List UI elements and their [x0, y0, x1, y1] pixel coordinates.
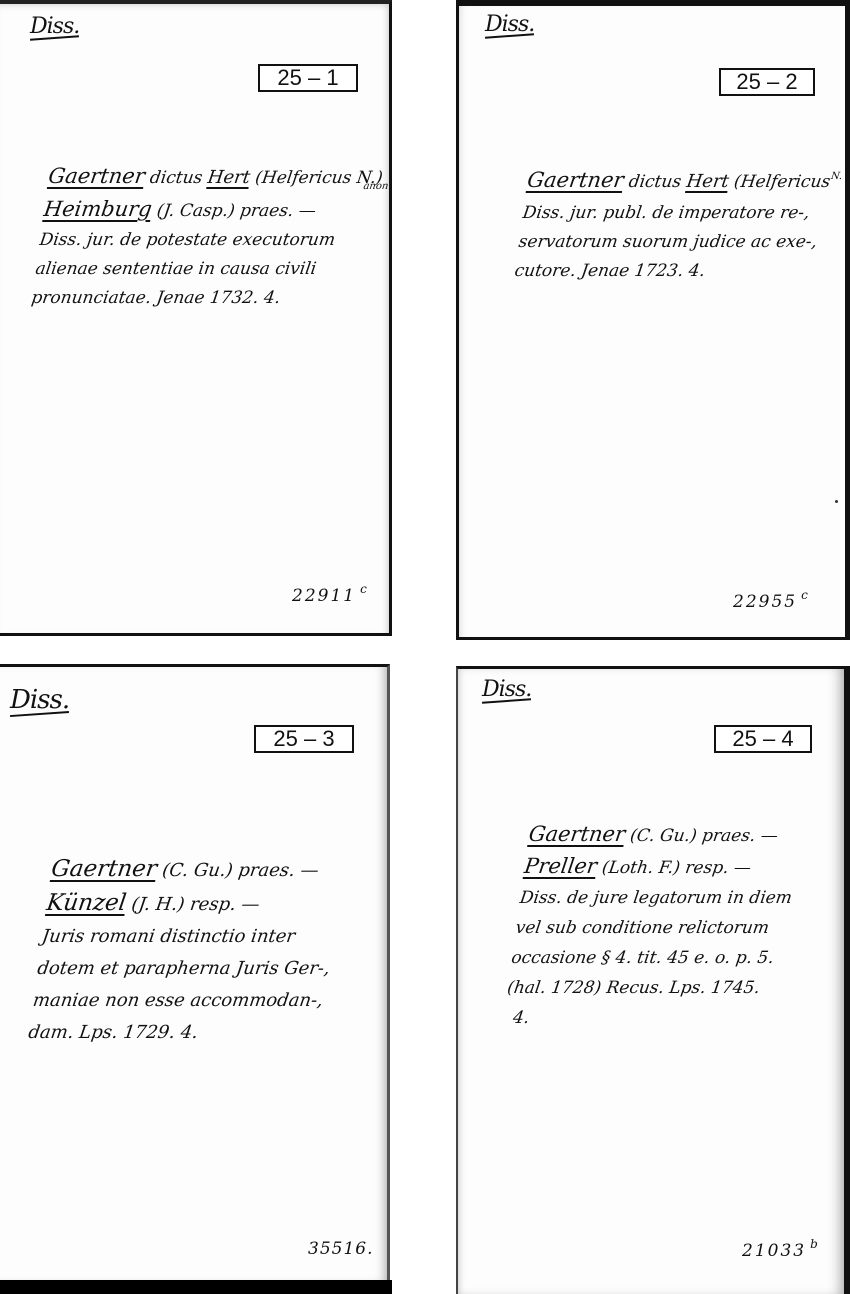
respondent-name: Künzel: [45, 890, 128, 916]
entry-text: (C. Gu.) praes. —: [623, 826, 779, 846]
catalog-card-1: Diss. 25 – 1 Gaertner dictus Hert (Helfe…: [0, 0, 392, 636]
entry-line: Heimburg (J. Casp.) praes. —: [42, 195, 391, 226]
accession-value: 22955: [733, 592, 797, 612]
entry-line: pronunciatae. Jenae 1732. 4.: [29, 284, 377, 313]
accession-value: 21033: [742, 1241, 806, 1261]
call-number: 25 – 1: [258, 64, 358, 92]
entry-line: Gaertner dictus Hert (Helfericus N.)anon…: [46, 162, 395, 195]
alias-name: Hert: [206, 167, 251, 188]
catalog-card-4: Diss. 25 – 4 Gaertner (C. Gu.) praes. — …: [456, 666, 850, 1294]
praeses-name: Gaertner: [50, 856, 159, 882]
scan-border: [0, 1280, 392, 1294]
catalog-entry: Gaertner (C. Gu.) praes. — Künzel (J. H.…: [26, 853, 346, 1049]
praeses-name: Heimburg: [42, 197, 153, 221]
entry-text: (J. Casp.) praes. —: [150, 201, 317, 221]
accession-number: 35516.: [308, 1239, 377, 1259]
entry-text: (Loth. F.) resp. —: [595, 858, 752, 878]
entry-line: Diss. de jure legatorum in diem: [518, 883, 794, 913]
respondent-name: Preller: [523, 854, 599, 878]
call-number: 25 – 2: [719, 68, 815, 96]
entry-line: Diss. jur. publ. de imperatore re-,: [521, 199, 839, 228]
accession-value: 35516.: [308, 1239, 373, 1259]
card-tag: Diss.: [10, 685, 69, 715]
entry-line: Gaertner dictus Hert (HelfericusN.: [525, 166, 844, 199]
accession-number: 21033b: [742, 1241, 820, 1261]
entry-line: occasione § 4. tit. 45 e. o. p. 5.: [509, 943, 785, 973]
author-name: Gaertner: [526, 168, 626, 192]
entry-line: Juris romani distinctio inter: [40, 921, 337, 953]
catalog-entry: Gaertner dictus Hert (HelfericusN. Diss.…: [513, 166, 844, 286]
alias-name: Hert: [685, 171, 730, 192]
superscript: N.: [830, 171, 843, 182]
accession-suffix: c: [801, 588, 810, 602]
annotation: anon.: [363, 181, 393, 192]
author-name: Gaertner: [47, 164, 147, 188]
entry-line: 4.: [501, 1003, 777, 1033]
catalog-card-3: Diss. 25 – 3 Gaertner (C. Gu.) praes. — …: [0, 664, 390, 1280]
entry-line: Gaertner (C. Gu.) praes. —: [49, 853, 346, 887]
accession-number: 22911c: [292, 586, 369, 606]
entry-line: cutore. Jenae 1723. 4.: [513, 257, 831, 286]
accession-value: 22911: [292, 586, 356, 606]
entry-line: alienae sententiae in causa civili: [33, 255, 381, 284]
entry-line: Preller (Loth. F.) resp. —: [522, 851, 798, 883]
entry-line: vel sub conditione relictorum: [514, 913, 790, 943]
entry-line: maniae non esse accommodan-,: [31, 985, 328, 1017]
accession-suffix: b: [810, 1237, 820, 1251]
accession-number: 22955c: [733, 592, 810, 612]
call-number: 25 – 4: [714, 725, 812, 753]
catalog-entry: Gaertner (C. Gu.) praes. — Preller (Loth…: [501, 819, 803, 1033]
accession-suffix: c: [360, 582, 369, 596]
entry-line: Künzel (J. H.) resp. —: [44, 887, 341, 921]
call-number: 25 – 3: [254, 725, 354, 753]
card-tag: Diss.: [30, 14, 79, 39]
entry-text: (C. Gu.) praes. —: [155, 860, 320, 881]
entry-line: dotem et parapherna Juris Ger-,: [35, 953, 332, 985]
paper-speck: [835, 500, 838, 503]
entry-line: dam. Lps. 1729. 4.: [26, 1017, 323, 1049]
catalog-entry: Gaertner dictus Hert (Helfericus N.)anon…: [29, 162, 395, 313]
entry-text: dictus: [622, 172, 688, 192]
card-tag: Diss.: [485, 12, 534, 37]
entry-line: (hal. 1728) Recus. Lps. 1745.: [505, 973, 781, 1003]
entry-text: dictus: [143, 168, 209, 188]
entry-line: Gaertner (C. Gu.) praes. —: [527, 819, 803, 851]
praeses-name: Gaertner: [527, 822, 627, 846]
entry-line: Diss. jur. de potestate executorum: [38, 226, 386, 255]
entry-text: (J. H.) resp. —: [124, 894, 261, 915]
entry-line: servatorum suorum judice ac exe-,: [517, 228, 835, 257]
catalog-card-2: Diss. 25 – 2 Gaertner dictus Hert (Helfe…: [456, 0, 850, 640]
card-tag: Diss.: [482, 677, 531, 702]
entry-text: (Helfericus: [727, 172, 831, 192]
